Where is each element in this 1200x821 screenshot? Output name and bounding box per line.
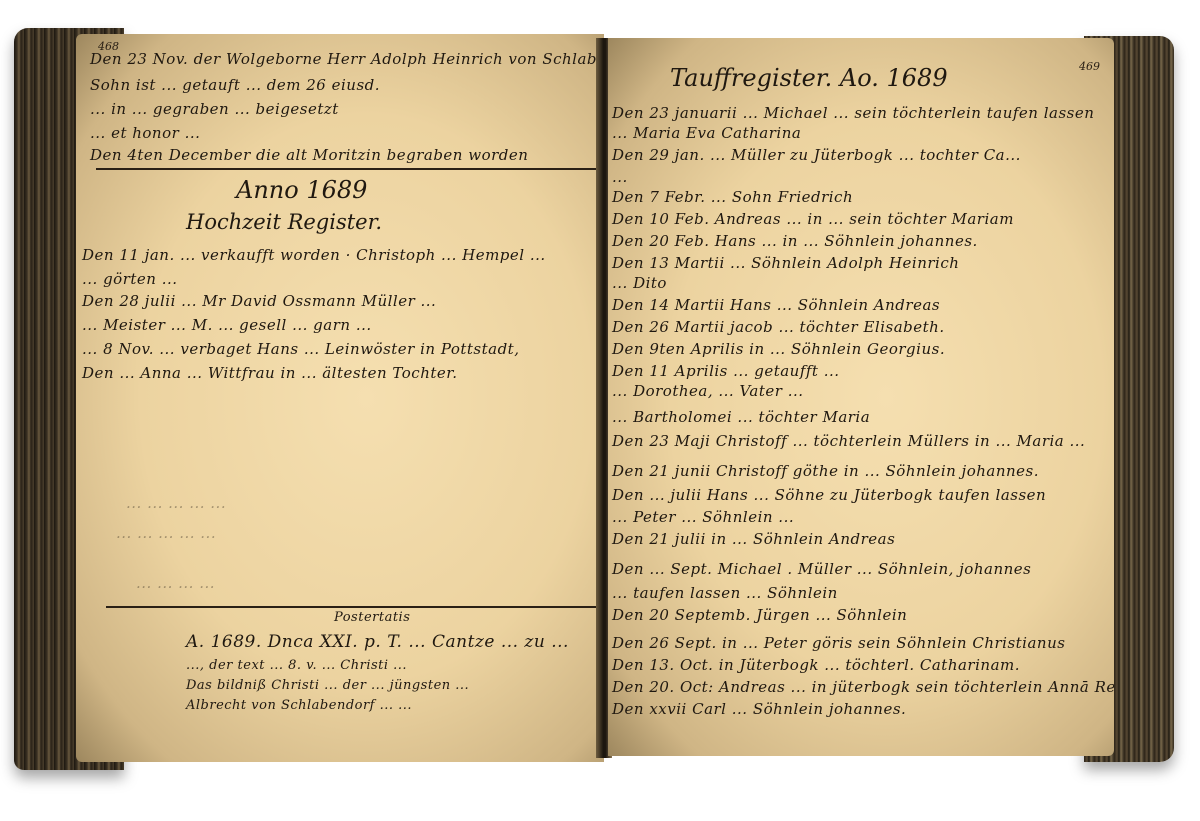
entry-line: ... in ... gegraben ... beigesetzt	[90, 100, 339, 118]
entry-line: Den 23 Nov. der Wolgeborne Herr Adolph H…	[90, 50, 604, 68]
entry-line: Den 7 Febr. ... Sohn Friedrich	[612, 188, 853, 206]
entry-line: Den 13. Oct. in Jüterbogk ... töchterl. …	[612, 656, 1020, 674]
entry-line: Sohn ist ... getauft ... dem 26 eiusd.	[90, 76, 380, 94]
entry-line: Den 23 Maji Christoff ... töchterlein Mü…	[612, 432, 1085, 450]
divider-line	[106, 606, 596, 608]
entry-line: Den 11 jan. ... verkaufft worden · Chris…	[82, 246, 546, 264]
entry-line: ... 8 Nov. ... verbaget Hans ... Leinwös…	[82, 340, 519, 358]
entry-line: ... et honor ...	[90, 124, 200, 142]
entry-line: Den 29 jan. ... Müller zu Jüterbogk ... …	[612, 146, 1021, 164]
entry-line: Den xxvii Carl ... Söhnlein johannes.	[612, 700, 906, 718]
page-number-right: 469	[1079, 60, 1100, 73]
entry-line: ... Bartholomei ... töchter Maria	[612, 408, 870, 426]
entry-line: ...	[612, 168, 628, 186]
entry-line: Den ... Sept. Michael . Müller ... Söhnl…	[612, 560, 1031, 578]
entry-line: ... Dorothea, ... Vater ...	[612, 382, 804, 400]
footer-line: ..., der text ... 8. v. ... Christi ...	[186, 658, 407, 673]
entry-line: Den ... Anna ... Wittfrau in ... älteste…	[82, 364, 458, 382]
entry-line: ... Peter ... Söhnlein ...	[612, 508, 794, 526]
entry-line: ... Maria Eva Catharina	[612, 124, 801, 142]
entry-line: ... Dito	[612, 274, 667, 292]
section-subtitle: Hochzeit Register.	[186, 210, 382, 234]
entry-line: Den 21 junii Christoff göthe in ... Söhn…	[612, 462, 1039, 480]
entry-line: Den 26 Martii jacob ... töchter Elisabet…	[612, 318, 945, 336]
entry-line: Den 26 Sept. in ... Peter göris sein Söh…	[612, 634, 1065, 652]
entry-line: Den 23 januarii ... Michael ... sein töc…	[612, 104, 1094, 122]
open-book: 468 Den 23 Nov. der Wolgeborne Herr Adol…	[14, 28, 1174, 770]
entry-line: ... görten ...	[82, 270, 178, 288]
entry-line: Den 11 Aprilis ... getaufft ...	[612, 362, 840, 380]
section-title: Anno 1689	[236, 176, 367, 204]
footer-heading: Postertatis	[334, 610, 410, 625]
entry-line: Den 21 julii in ... Söhnlein Andreas	[612, 530, 895, 548]
footer-line: A. 1689. Dnca XXI. p. T. ... Cantze ... …	[186, 632, 569, 652]
entry-line: Den 28 julii ... Mr David Ossmann Müller…	[82, 292, 436, 310]
entry-line: Den 20 Feb. Hans ... in ... Söhnlein joh…	[612, 232, 978, 250]
entry-line: Den 9ten Aprilis in ... Söhnlein Georgiu…	[612, 340, 945, 358]
faded-line: ... ... ... ...	[136, 574, 215, 592]
entry-line: Den ... julii Hans ... Söhne zu Jüterbog…	[612, 486, 1046, 504]
entry-line: Den 14 Martii Hans ... Söhnlein Andreas	[612, 296, 940, 314]
divider-line	[96, 168, 596, 170]
faded-line: ... ... ... ... ...	[116, 524, 216, 542]
entry-line: Den 4ten December die alt Moritzin begra…	[90, 146, 528, 164]
entry-line: Den 20 Septemb. Jürgen ... Söhnlein	[612, 606, 907, 624]
faded-line: ... ... ... ... ...	[126, 494, 226, 512]
entry-line: ... Meister ... M. ... gesell ... garn .…	[82, 316, 372, 334]
footer-line: Albrecht von Schlabendorf ... ...	[186, 698, 412, 713]
left-page: 468 Den 23 Nov. der Wolgeborne Herr Adol…	[76, 34, 604, 762]
entry-line: Den 20. Oct: Andreas ... in jüterbogk se…	[612, 678, 1114, 696]
right-page: 469 Tauffregister. Ao. 1689 Den 23 janua…	[608, 38, 1114, 756]
footer-line: Das bildniß Christi ... der ... jüngsten…	[186, 678, 469, 693]
entry-line: ... taufen lassen ... Söhnlein	[612, 584, 838, 602]
entry-line: Den 10 Feb. Andreas ... in ... sein töch…	[612, 210, 1014, 228]
section-title: Tauffregister. Ao. 1689	[670, 64, 948, 92]
entry-line: Den 13 Martii ... Söhnlein Adolph Heinri…	[612, 254, 959, 272]
